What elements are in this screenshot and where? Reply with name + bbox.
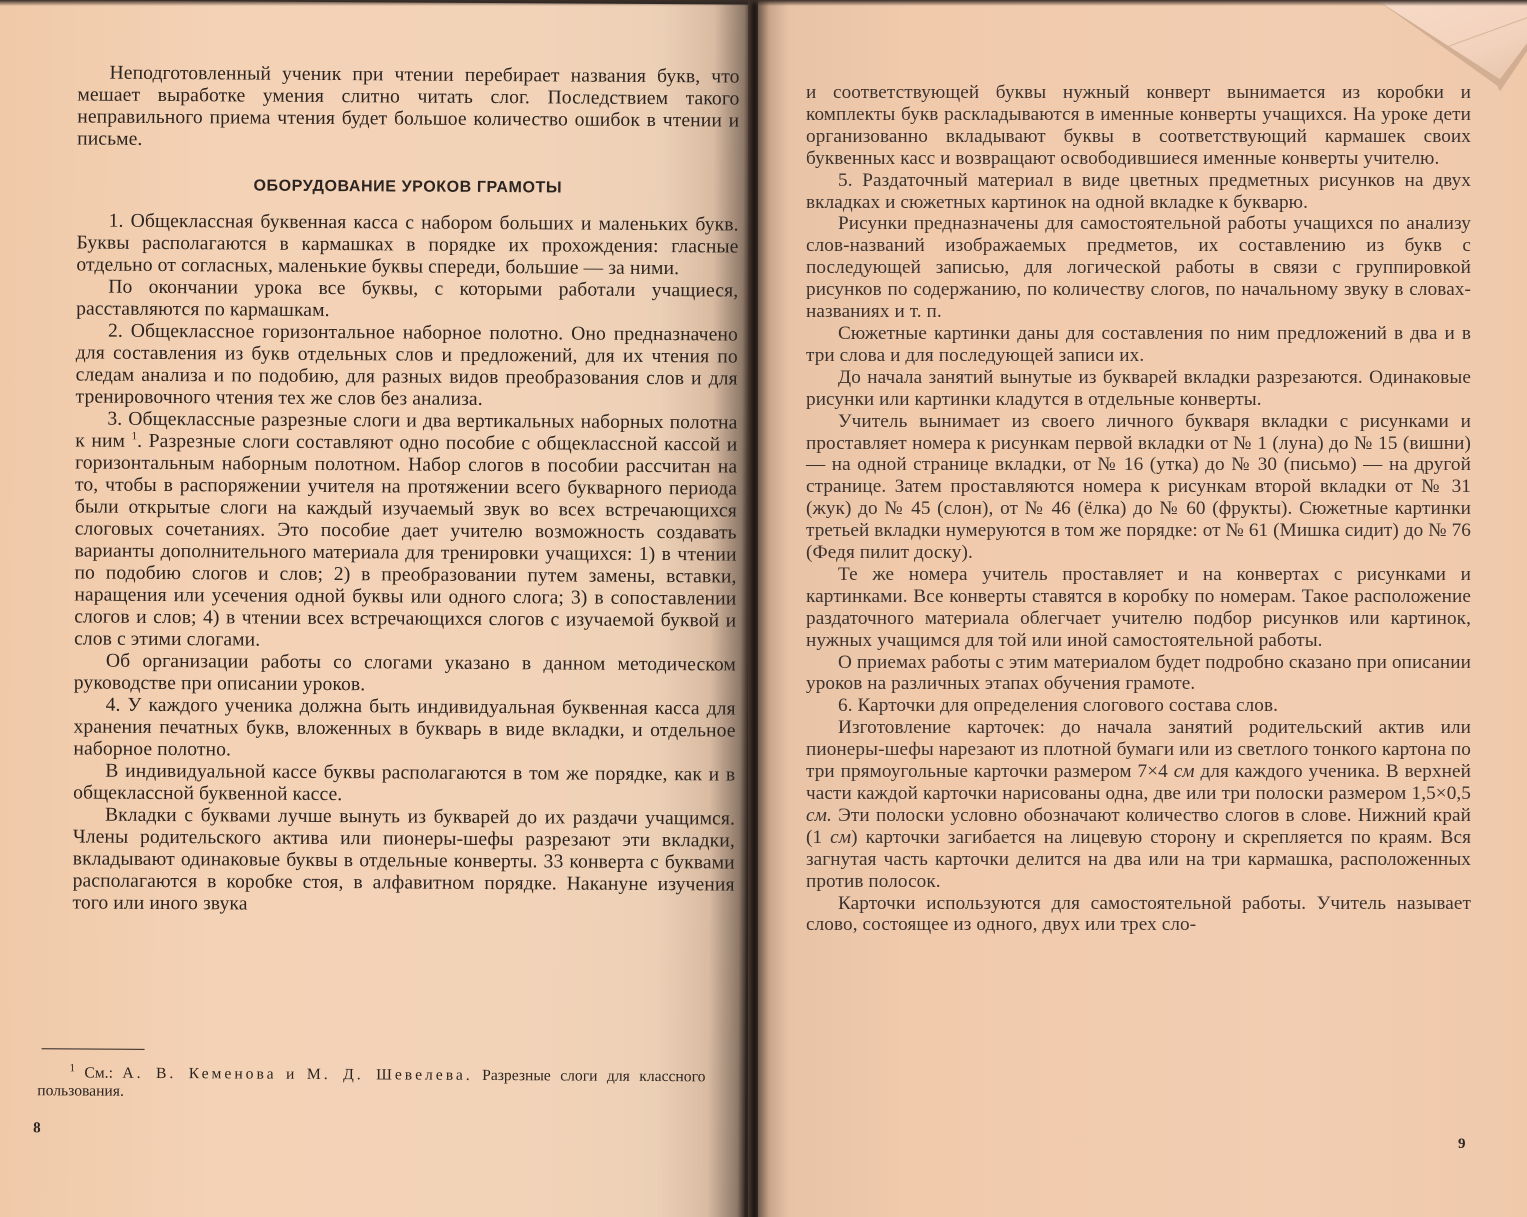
paragraph-individual-kassa: В индивидуальной кассе буквы располагают… (73, 760, 735, 808)
unit-cm: см. (806, 805, 832, 826)
paragraph-syllables-note: Об организации работы со слогами указано… (74, 650, 736, 698)
unit-cm: см (1174, 761, 1195, 782)
paragraph-item-1-note: По окончании урока все буквы, с которыми… (76, 276, 738, 324)
paragraph-item-4: 4. У каждого ученика должна быть индивид… (73, 694, 735, 764)
right-page: и соответствующей буквы нужный конверт в… (758, 0, 1527, 1217)
footnote: 1 См.: А. В. Кеменова и М. Д. Шевелева. … (37, 1064, 705, 1104)
paragraph-numbering: Учитель вынимает из своего личного буква… (806, 411, 1471, 564)
page-number-left: 8 (33, 1120, 41, 1137)
paragraph-item-1: 1. Общеклассная буквенная касса с наборо… (76, 210, 738, 280)
paragraph-item-2: 2. Общеклассное горизонтальное наборное … (76, 320, 739, 412)
unit-cm: см (830, 827, 851, 848)
paragraph-pictures-purpose: Рисунки предназначены для самостоятельно… (806, 213, 1471, 323)
footnote-prefix: См.: (84, 1065, 113, 1082)
footnote-divider (42, 1048, 145, 1050)
paragraph-item-6: 6. Карточки для определения слогового со… (806, 695, 1471, 717)
footnote-author-1: А. В. Кеменова (122, 1065, 276, 1083)
paragraph-cards-usage: Карточки используются для самостоятельно… (806, 893, 1471, 937)
paragraph-inserts: Вкладки с буквами лучше вынуть из буквар… (72, 804, 735, 918)
page-number-right: 9 (1458, 1136, 1466, 1153)
footnote-author-2: М. Д. Шевелева. (307, 1066, 473, 1084)
scan-top-edge (0, 0, 1527, 6)
paragraph-continuation: и соответствующей буквы нужный конверт в… (806, 82, 1471, 170)
paragraph-item-3-body: Разрезные слоги составляют одно пособие … (74, 431, 737, 651)
paragraph-cutting-inserts: До начала занятий вынутые из букварей вк… (806, 367, 1471, 411)
paragraph-envelopes: Те же номера учитель проставляет и на ко… (806, 564, 1471, 652)
book-spread: Неподготовленный ученик при чтении переб… (0, 0, 1527, 1217)
card-making-text-4: ) карточки загибается на лицевую сторону… (806, 827, 1471, 892)
left-page: Неподготовленный ученик при чтении переб… (0, 0, 752, 1217)
footnote-reference[interactable]: 1 (132, 430, 138, 442)
right-page-body: и соответствующей буквы нужный конверт в… (806, 82, 1471, 936)
paragraph-story-pictures: Сюжетные картинки даны для составления п… (806, 323, 1471, 367)
section-title: ОБОРУДОВАНИЕ УРОКОВ ГРАМОТЫ (77, 176, 739, 198)
paragraph-item-5: 5. Раздаточный материал в виде цветных п… (806, 170, 1471, 214)
paragraph-card-making: Изготовление карточек: до начала занятий… (806, 717, 1471, 892)
paragraph-methods-note: О приемах работы с этим материалом будет… (806, 652, 1471, 696)
paragraph-item-3: 3. Общеклассные разрезные слоги и два ве… (74, 408, 737, 654)
footnote-conjunction: и (286, 1066, 297, 1083)
footnote-marker: 1 (69, 1062, 75, 1074)
intro-paragraph: Неподготовленный ученик при чтении переб… (77, 62, 740, 154)
left-page-body: Неподготовленный ученик при чтении переб… (72, 62, 739, 918)
